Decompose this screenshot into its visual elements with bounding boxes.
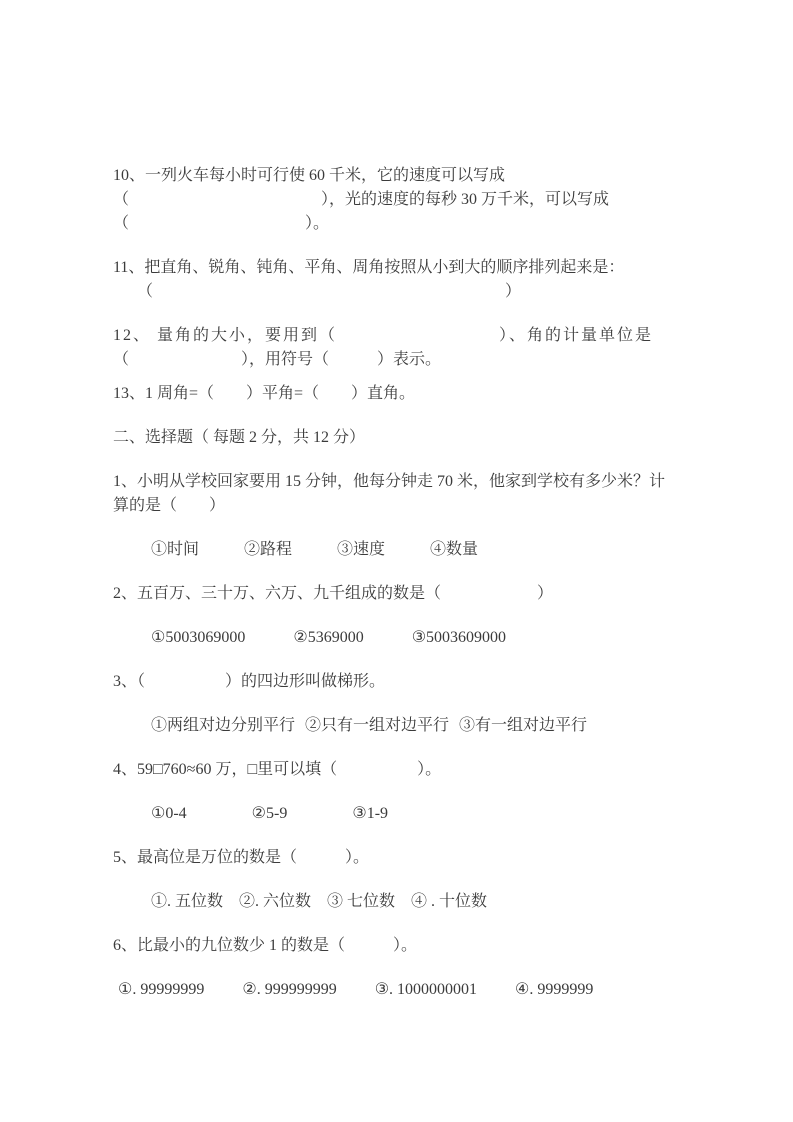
option: ④. 9999999: [515, 978, 593, 1002]
choice-question-2-options: ①5003069000 ②5369000 ③5003609000: [113, 626, 693, 650]
section-2-header-block: 二、选择题（ 每题 2 分，共 12 分）: [113, 426, 693, 450]
option: ①5003069000: [151, 626, 245, 650]
option: ①时间: [151, 538, 199, 562]
choice-question-2: 2、五百万、三十万、六万、九千组成的数是（ ）: [113, 582, 693, 606]
choice-question-2-text: 2、五百万、三十万、六万、九千组成的数是（ ）: [113, 582, 693, 606]
question-13: 13、1 周角=（ ）平角=（ ）直角。: [113, 382, 693, 406]
choice-question-3-text: 3、（ ）的四边形叫做梯形。: [113, 670, 693, 694]
section-2-header: 二、选择题（ 每题 2 分，共 12 分）: [113, 426, 693, 450]
question-10-blank-line-2: （ ）。: [113, 212, 693, 236]
question-11: 11、把直角、锐角、钝角、平角、周角按照从小到大的顺序排列起来是： （ ）: [113, 256, 693, 304]
choice-question-6-options: ①. 99999999 ②. 999999999 ③. 1000000001 ④…: [113, 978, 693, 1002]
question-12-blank-line: （ ），用符号（ ）表示。: [113, 348, 693, 372]
option: ③ 七位数: [327, 890, 395, 914]
worksheet-page: 10、一列火车每小时可行使 60 千米，它的速度可以写成 （ ），光的速度的每秒…: [0, 0, 793, 1122]
option: ②. 999999999: [242, 978, 336, 1002]
question-10-blank-line-1: （ ），光的速度的每秒 30 万千米，可以写成: [113, 188, 693, 212]
question-12: 12、 量角的大小，要用到（ ）、角的计量单位是 （ ），用符号（ ）表示。: [113, 324, 693, 372]
choice-question-4-text: 4、59□760≈60 万，□里可以填（ ）。: [113, 758, 693, 782]
choice-question-3-options: ①两组对边分别平行 ②只有一组对边平行 ③有一组对边平行: [113, 714, 693, 738]
option: ②只有一组对边平行: [305, 714, 449, 738]
question-10-text: 10、一列火车每小时可行使 60 千米，它的速度可以写成: [113, 164, 693, 188]
option: ③速度: [337, 538, 385, 562]
option: ①0-4: [151, 802, 187, 826]
option: ①两组对边分别平行: [151, 714, 295, 738]
option: ①. 五位数: [151, 890, 223, 914]
choice-question-6: 6、比最小的九位数少 1 的数是（ ）。: [113, 934, 693, 958]
question-13-text: 13、1 周角=（ ）平角=（ ）直角。: [113, 382, 693, 406]
choice-question-4: 4、59□760≈60 万，□里可以填（ ）。: [113, 758, 693, 782]
choice-question-1-text-line-2: 算的是（ ）: [113, 494, 693, 518]
option: ②5-9: [252, 802, 288, 826]
option: ③5003609000: [412, 626, 506, 650]
question-10: 10、一列火车每小时可行使 60 千米，它的速度可以写成 （ ），光的速度的每秒…: [113, 164, 693, 236]
choice-question-4-options: ①0-4 ②5-9 ③1-9: [113, 802, 693, 826]
choice-question-1: 1、小明从学校回家要用 15 分钟，他每分钟走 70 米，他家到学校有多少米？计…: [113, 470, 693, 518]
option: ②路程: [244, 538, 292, 562]
choice-question-6-text: 6、比最小的九位数少 1 的数是（ ）。: [113, 934, 693, 958]
question-11-text: 11、把直角、锐角、钝角、平角、周角按照从小到大的顺序排列起来是：: [113, 256, 693, 280]
worksheet-content: 10、一列火车每小时可行使 60 千米，它的速度可以写成 （ ），光的速度的每秒…: [113, 164, 693, 1022]
choice-question-3: 3、（ ）的四边形叫做梯形。: [113, 670, 693, 694]
option: ④数量: [430, 538, 478, 562]
option: ④ . 十位数: [411, 890, 487, 914]
question-11-blank-line: （ ）: [113, 280, 693, 304]
option: ③1-9: [352, 802, 388, 826]
choice-question-1-text-line-1: 1、小明从学校回家要用 15 分钟，他每分钟走 70 米，他家到学校有多少米？计: [113, 470, 693, 494]
choice-question-5: 5、最高位是万位的数是（ ）。: [113, 846, 693, 870]
option: ②5369000: [293, 626, 363, 650]
option: ③. 1000000001: [375, 978, 477, 1002]
option: ③有一组对边平行: [459, 714, 587, 738]
option: ②. 六位数: [239, 890, 311, 914]
choice-question-5-options: ①. 五位数 ②. 六位数 ③ 七位数 ④ . 十位数: [113, 890, 693, 914]
option: ①. 99999999: [118, 978, 204, 1002]
question-12-text: 12、 量角的大小，要用到（ ）、角的计量单位是: [113, 324, 693, 348]
choice-question-5-text: 5、最高位是万位的数是（ ）。: [113, 846, 693, 870]
choice-question-1-options: ①时间 ②路程 ③速度 ④数量: [113, 538, 693, 562]
